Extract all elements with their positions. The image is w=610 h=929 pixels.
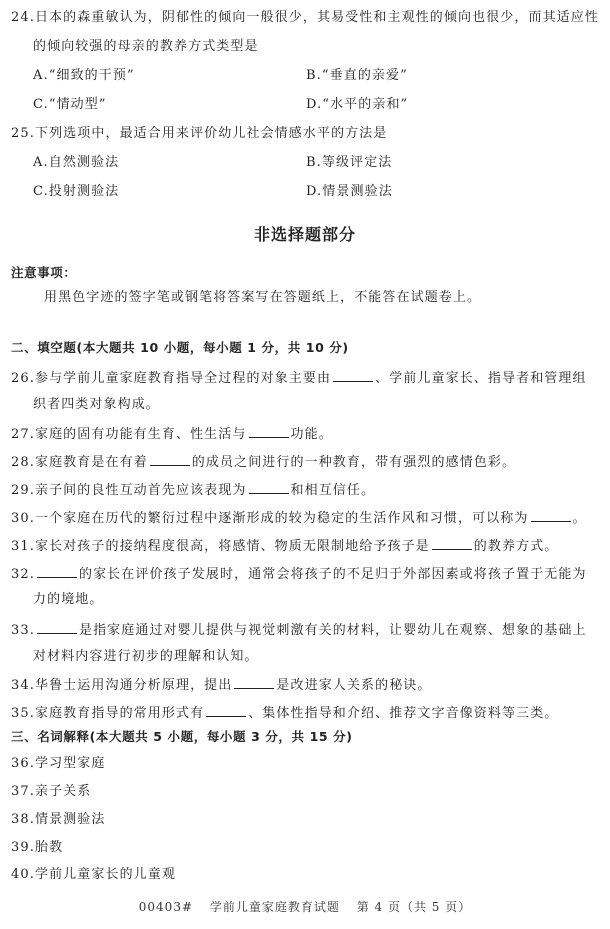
question-25: 25.下列选项中，最适合用来评价幼儿社会情感水平的方法是 (11, 125, 388, 143)
question-28: 28.家庭教育是在有着的成员之间进行的一种教育，带有强烈的感情色彩。 (11, 451, 516, 472)
option-25-c: C.投射测验法 (33, 183, 119, 201)
question-26-continuation: 织者四类对象构成。 (33, 396, 160, 414)
page-footer: 00403# 学前儿童家庭教育试题 第 4 页（共 5 页） (0, 898, 610, 915)
answer-blank (37, 619, 77, 634)
terms-heading: 三、名词解释(本大题共 5 小题，每小题 3 分，共 15 分) (11, 728, 353, 746)
question-24: 24.日本的森重敏认为，阴郁性的倾向一般很少，其易受性和主观性的倾向也很少，而其… (11, 9, 599, 27)
answer-blank (333, 367, 373, 382)
question-number: 25. (11, 126, 35, 141)
question-40: 40.学前儿童家长的儿童观 (11, 866, 176, 884)
answer-blank (234, 674, 274, 689)
question-27: 27.家庭的固有功能有生育、性生活与功能。 (11, 423, 333, 444)
question-24-continuation: 的倾向较强的母亲的教养方式类型是 (33, 38, 259, 56)
answer-blank (206, 702, 246, 717)
option-24-a: A.“细致的干预” (33, 67, 135, 85)
option-24-c: C.“情动型” (33, 96, 107, 114)
option-25-a: A.自然测验法 (33, 154, 119, 172)
exam-title: 学前儿童家庭教育试题 (210, 900, 340, 914)
question-37: 37.亲子关系 (11, 783, 91, 801)
option-25-b: B.等级评定法 (306, 154, 392, 172)
question-29: 29.亲子间的良性互动首先应该表现为和相互信任。 (11, 479, 375, 500)
question-33-continuation: 对材料内容进行初步的理解和认知。 (33, 648, 259, 666)
section-title: 非选择题部分 (0, 222, 610, 245)
question-31: 31.家长对孩子的接纳程度很高，将感情、物质无限制地给予孩子是的教养方式。 (11, 535, 558, 556)
answer-blank (249, 479, 289, 494)
answer-blank (249, 423, 289, 438)
question-34: 34.华鲁士运用沟通分析原理，提出是改进家人关系的秘诀。 (11, 674, 432, 695)
question-39: 39.胎教 (11, 839, 63, 857)
question-30: 30.一个家庭在历代的繁衍过程中逐渐形成的较为稳定的生活作风和习惯，可以称为。 (11, 507, 587, 528)
option-24-d: D.“水平的亲和” (306, 96, 408, 114)
answer-blank (432, 535, 472, 550)
page-number: 第 4 页（共 5 页） (357, 900, 472, 914)
question-number: 24. (11, 10, 35, 25)
question-33: 33.是指家庭通过对婴儿提供与视觉刺激有关的材料，让婴幼儿在观察、想象的基础上 (11, 619, 587, 640)
question-32-continuation: 力的境地。 (33, 591, 104, 609)
question-35: 35.家庭教育指导的常用形式有、集体性指导和介绍、推荐文字音像资料等三类。 (11, 702, 558, 723)
option-24-b: B.“垂直的亲爱” (306, 67, 408, 85)
question-text: 日本的森重敏认为，阴郁性的倾向一般很少，其易受性和主观性的倾向也很少，而其适应性 (35, 10, 599, 25)
answer-blank (531, 507, 571, 522)
question-26: 26.参与学前儿童家庭教育指导全过程的对象主要由、学前儿童家长、指导者和管理组 (11, 367, 587, 388)
answer-blank (150, 451, 190, 466)
notice-text: 用黑色字迹的签字笔或钢笔将答案写在答题纸上，不能答在试题卷上。 (44, 289, 481, 307)
exam-code: 00403# (139, 900, 193, 914)
question-36: 36.学习型家庭 (11, 755, 106, 773)
question-text: 下列选项中，最适合用来评价幼儿社会情感水平的方法是 (35, 126, 388, 141)
notice-heading: 注意事项： (11, 264, 77, 282)
answer-blank (37, 563, 77, 578)
fill-blank-heading: 二、填空题(本大题共 10 小题，每小题 1 分，共 10 分) (11, 339, 349, 357)
question-38: 38.情景测验法 (11, 811, 106, 829)
option-25-d: D.情景测验法 (306, 183, 393, 201)
question-32: 32.的家长在评价孩子发展时，通常会将孩子的不足归于外部因素或将孩子置于无能为 (11, 563, 587, 584)
